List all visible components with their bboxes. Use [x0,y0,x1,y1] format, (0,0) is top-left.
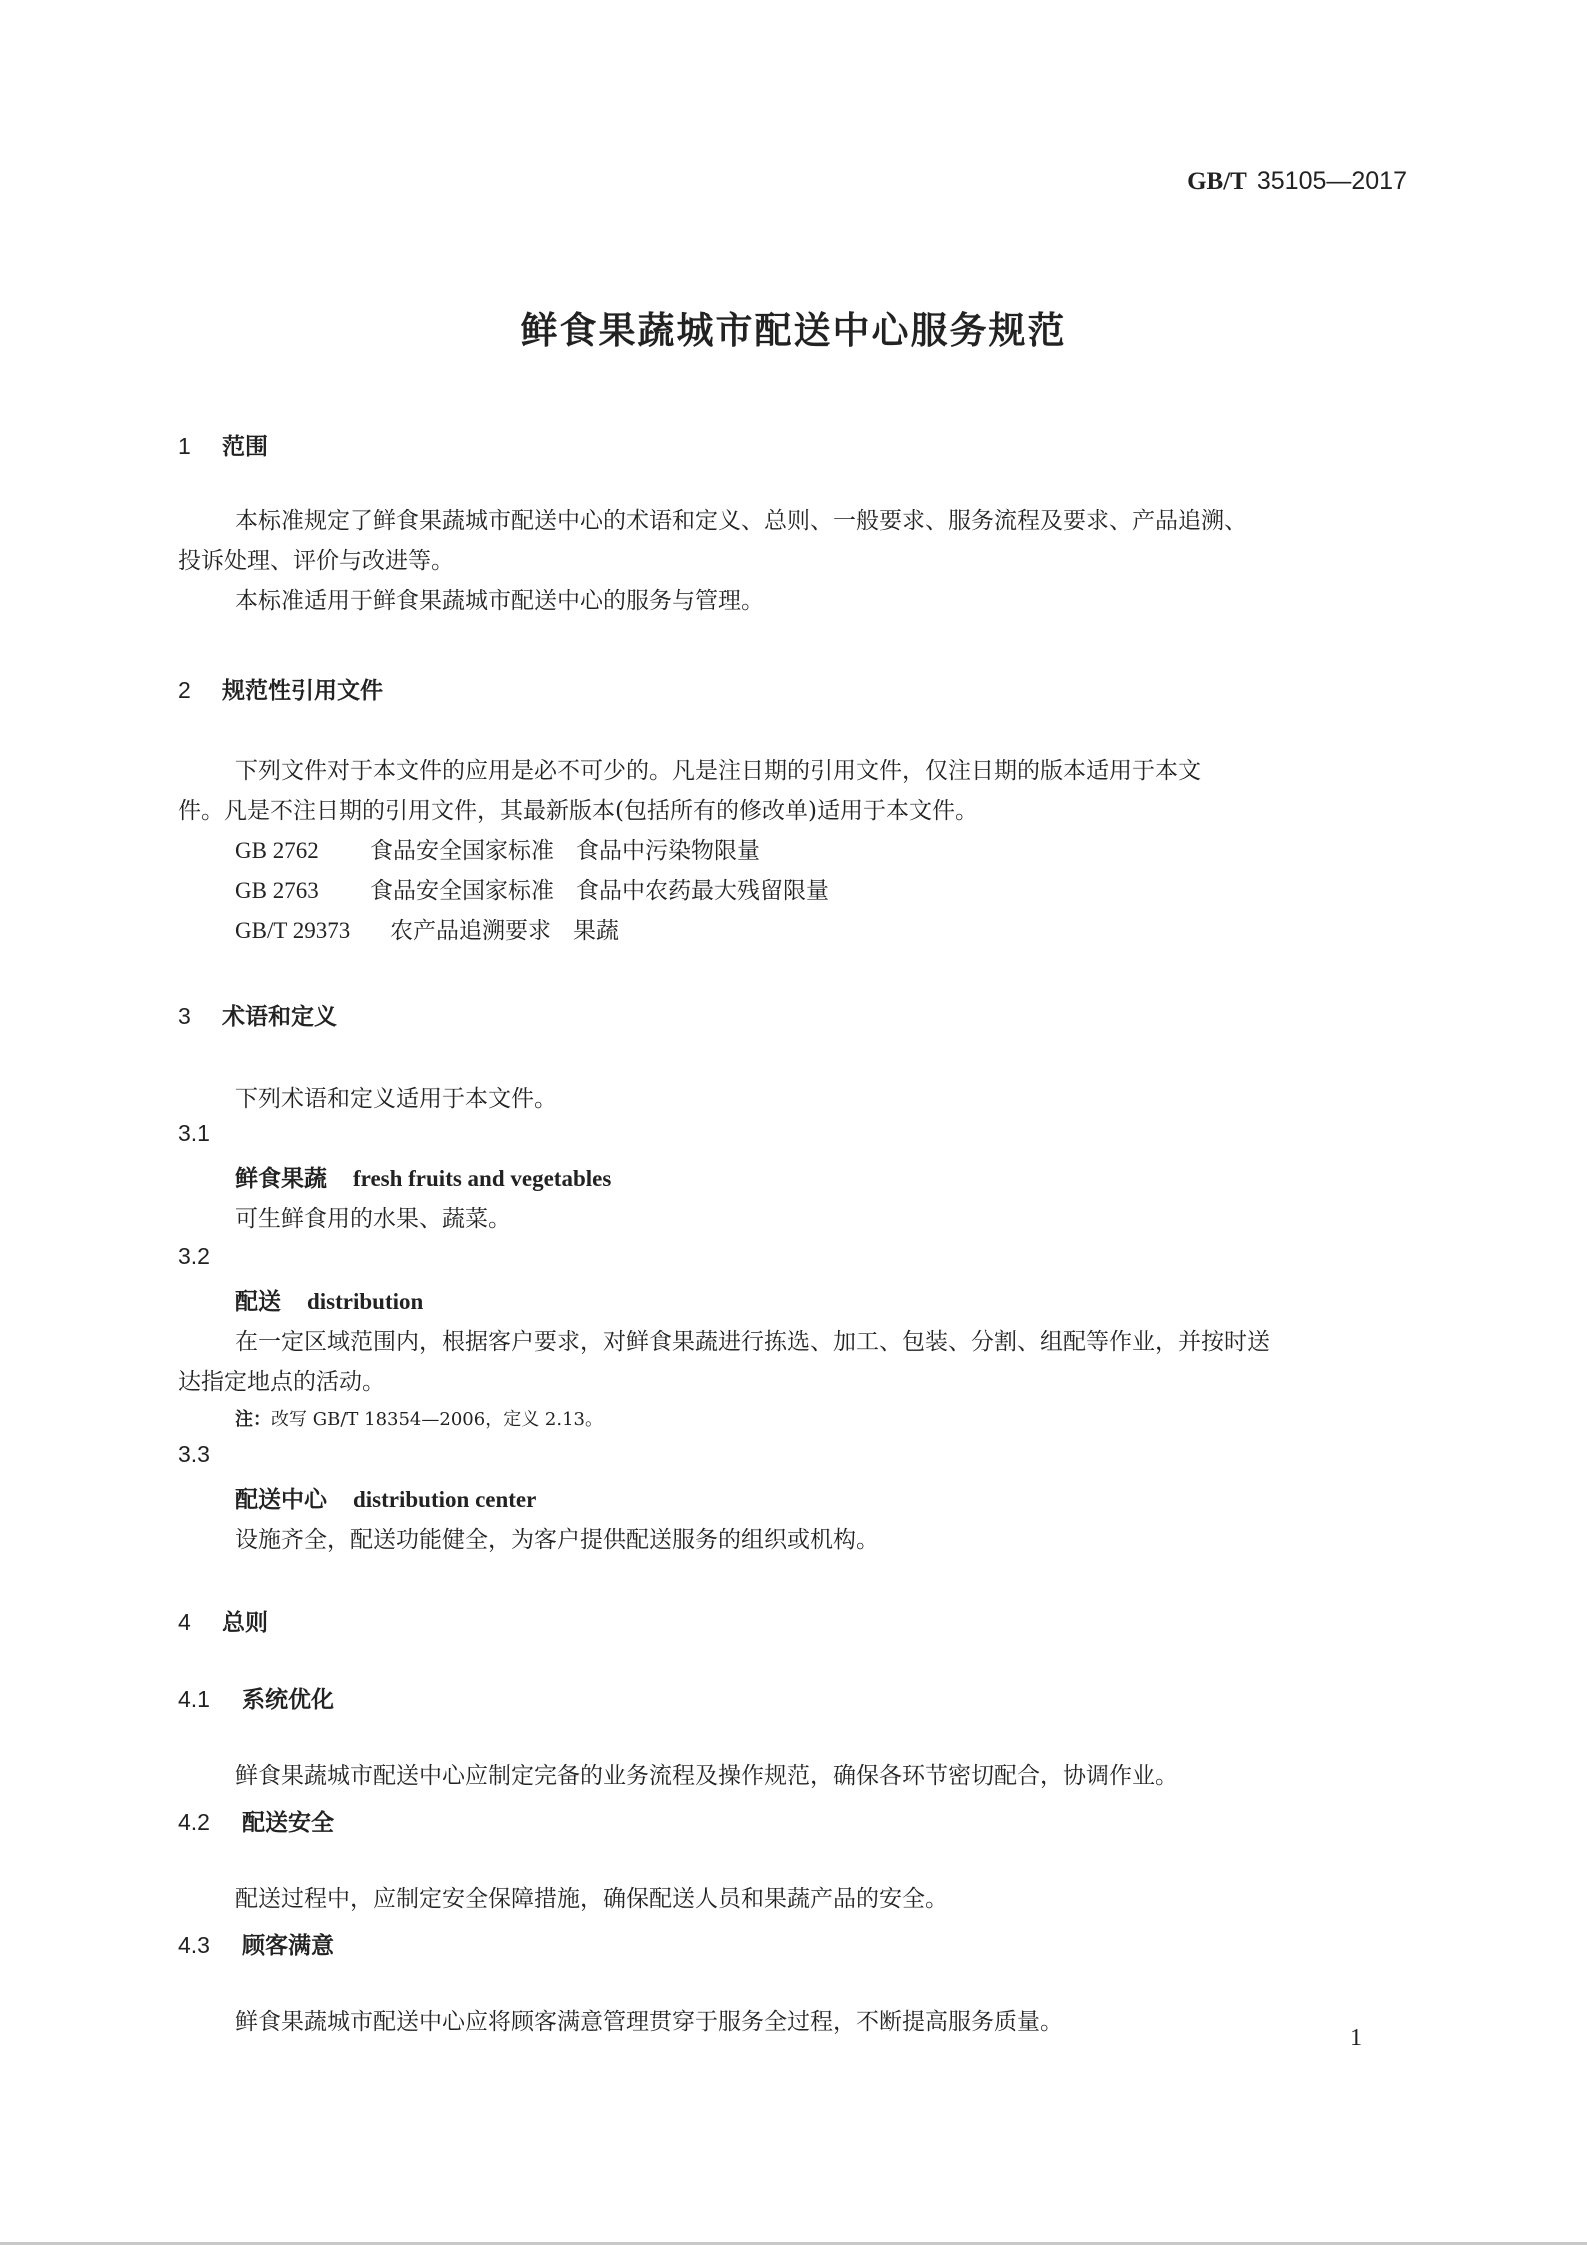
reference-item: GB 2763食品安全国家标准食品中农药最大残留限量 [235,872,829,905]
section-number: 2 [178,677,222,704]
term-number: 3.2 [178,1243,210,1270]
subsection-4-2-text: 配送过程中，应制定安全保障措施，确保配送人员和果蔬产品的安全。 [235,1880,948,1913]
section-1-paragraph-1-line-1: 本标准规定了鲜食果蔬城市配送中心的术语和定义、总则、一般要求、服务流程及要求、产… [235,502,1247,535]
page-number: 1 [1350,2025,1362,2052]
reference-item: GB/T 29373农产品追溯要求果蔬 [235,912,619,945]
term-definition: 可生鲜食用的水果、蔬菜。 [235,1200,511,1233]
term-number: 3.3 [178,1441,210,1468]
subsection-4-1-text: 鲜食果蔬城市配送中心应制定完备的业务流程及操作规范，确保各环节密切配合，协调作业… [235,1757,1178,1790]
term-note: 注：改写 GB/T 18354—2006，定义 2.13。 [235,1405,603,1431]
subsection-4-2-heading: 4.2配送安全 [178,1804,334,1837]
term-definition-line-1: 在一定区域范围内，根据客户要求，对鲜食果蔬进行拣选、加工、包装、分割、组配等作业… [235,1323,1270,1356]
section-1-paragraph-2: 本标准适用于鲜食果蔬城市配送中心的服务与管理。 [235,582,764,615]
standard-prefix: GB/T [1187,168,1247,195]
term-heading: 配送中心distribution center [235,1481,536,1514]
section-number: 4 [178,1609,222,1636]
section-title: 范围 [222,434,268,460]
section-2-paragraph-line-2: 件。凡是不注日期的引用文件，其最新版本(包括所有的修改单)适用于本文件。 [178,792,978,825]
term-number: 3.1 [178,1120,210,1147]
term-heading: 鲜食果蔬fresh fruits and vegetables [235,1160,611,1193]
section-3-intro: 下列术语和定义适用于本文件。 [235,1080,557,1113]
section-1-heading: 1范围 [178,428,268,461]
document-title: 鲜食果蔬城市配送中心服务规范 [0,300,1587,354]
subsection-4-3-text: 鲜食果蔬城市配送中心应将顾客满意管理贯穿于服务全过程，不断提高服务质量。 [235,2003,1063,2036]
section-3-heading: 3术语和定义 [178,998,337,1031]
section-title: 总则 [222,1610,268,1636]
section-title: 规范性引用文件 [222,678,383,704]
section-number: 3 [178,1003,222,1030]
subsection-4-1-heading: 4.1系统优化 [178,1681,334,1714]
subsection-4-3-heading: 4.3顾客满意 [178,1927,334,1960]
standard-number: 35105—2017 [1257,167,1407,195]
section-2-paragraph-line-1: 下列文件对于本文件的应用是必不可少的。凡是注日期的引用文件，仅注日期的版本适用于… [235,752,1201,785]
section-1-paragraph-1-line-2: 投诉处理、评价与改进等。 [178,542,454,575]
section-4-heading: 4总则 [178,1604,268,1637]
term-definition-line-2: 达指定地点的活动。 [178,1363,385,1396]
section-2-heading: 2规范性引用文件 [178,672,383,705]
section-title: 术语和定义 [222,1004,337,1030]
standard-code: GB/T35105—2017 [1187,166,1407,196]
term-heading: 配送distribution [235,1283,423,1316]
term-definition: 设施齐全，配送功能健全，为客户提供配送服务的组织或机构。 [235,1521,879,1554]
reference-item: GB 2762食品安全国家标准食品中污染物限量 [235,832,760,865]
section-number: 1 [178,433,222,460]
